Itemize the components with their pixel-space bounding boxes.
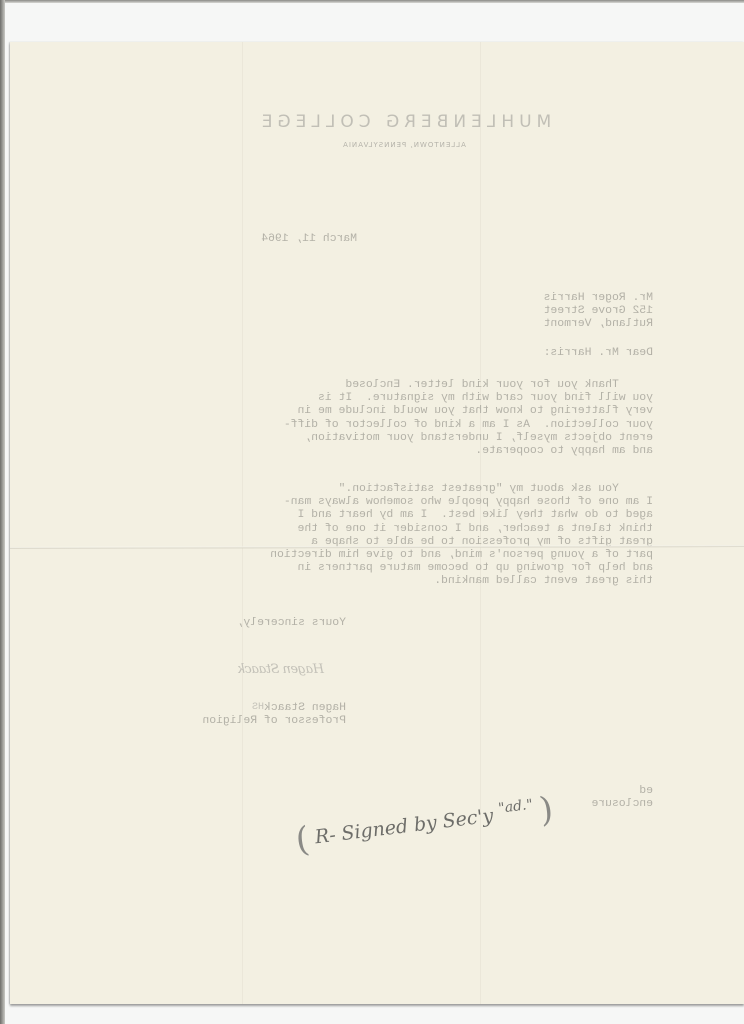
letter-page: MUHLENBERG COLLEGE ALLENTOWN, PENNSYLVAN… — [10, 42, 744, 1004]
body-paragraph-2: You ask about my "greatest satisfaction.… — [270, 483, 653, 589]
mirrored-letter-text: MUHLENBERG COLLEGE ALLENTOWN, PENNSYLVAN… — [10, 42, 744, 1004]
closing: Yours sincerely, — [237, 617, 346, 630]
scan-left-edge — [0, 0, 5, 1024]
recipient-address: Mr. Roger Harris 152 Grove Street Rutlan… — [544, 292, 653, 332]
reference-initials: ed enclosure — [591, 785, 653, 811]
letter-date: March 11, 1964 — [261, 233, 357, 246]
signature: Hagen Staack — [238, 662, 324, 677]
note-quoted: "ad." — [497, 797, 533, 817]
letterhead-name: MUHLENBERG COLLEGE — [254, 112, 554, 132]
scan-top-edge — [0, 0, 744, 3]
signer-block: Hagen Staack Professor of Religion — [202, 702, 346, 728]
letterhead-place: ALLENTOWN, PENNSYLVANIA — [254, 141, 554, 149]
salutation: Dear Mr. Harris: — [544, 347, 653, 360]
letterhead: MUHLENBERG COLLEGE ALLENTOWN, PENNSYLVAN… — [254, 112, 554, 149]
body-paragraph-1: Thank you for your kind letter. Enclosed… — [284, 379, 653, 458]
